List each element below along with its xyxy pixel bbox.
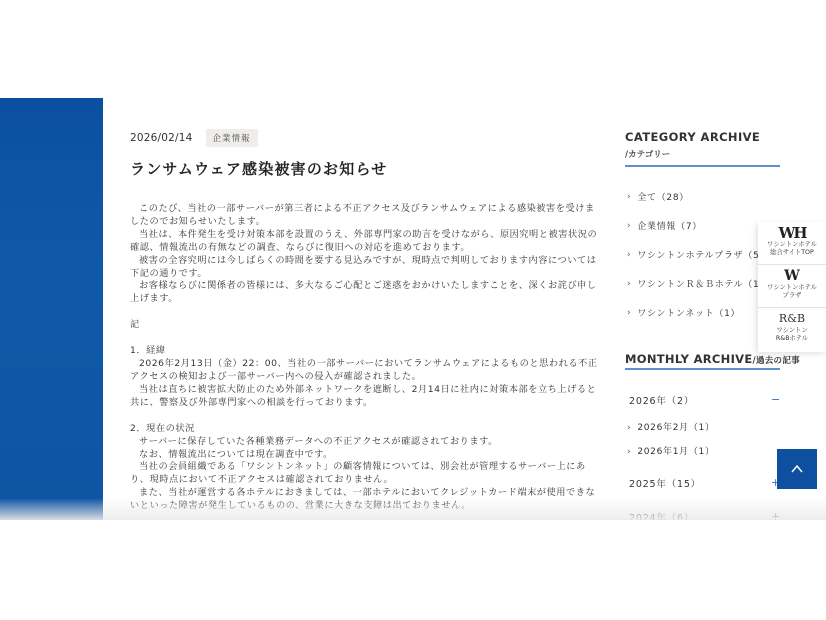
- article-body: このたび、当社の一部サーバーが第三者による不正アクセス及びランサムウェアによる感…: [130, 203, 600, 513]
- year-toggle-2025[interactable]: 2025年（15） +: [629, 476, 781, 490]
- chevron-right-icon: ›: [627, 221, 631, 231]
- monthly-title-text: MONTHLY ARCHIVE: [625, 352, 753, 366]
- chevron-right-icon: ›: [627, 447, 631, 457]
- month-label: 2026年2月（1）: [637, 423, 714, 433]
- month-item-2026-02[interactable]: ›2026年2月（1）: [625, 420, 715, 433]
- monthly-subtitle: /過去の記事: [753, 356, 800, 366]
- brand-links-panel: WH ワシントンホテル 総合サイトTOP W ワシントンホテル プラザ R&B …: [758, 222, 826, 352]
- article-meta: 2026/02/14 企業情報: [130, 129, 258, 147]
- section-heading: 2．現在の状況: [130, 423, 600, 436]
- back-to-top-button[interactable]: [777, 449, 817, 489]
- chevron-right-icon: ›: [627, 423, 631, 433]
- article-date: 2026/02/14: [130, 132, 193, 144]
- chevron-right-icon: ›: [627, 279, 631, 289]
- intro-paragraph: 被害の全容究明には今しばらくの時間を要する見込みですが、現時点で判明しております…: [130, 255, 600, 281]
- category-label: ワシントンＲ＆Ｂホテル（15）: [637, 277, 775, 290]
- category-label: 企業情報（7）: [637, 219, 702, 232]
- brand-label: R&Bホテル: [758, 335, 826, 343]
- brand-link-hotel-plaza[interactable]: W ワシントンホテル プラザ: [758, 265, 826, 308]
- category-item-all[interactable]: › 全て（28）: [625, 182, 781, 211]
- brand-label: 総合サイトTOP: [758, 249, 826, 257]
- chevron-right-icon: ›: [627, 250, 631, 260]
- year-toggle-2024[interactable]: 2024年（6） +: [629, 510, 781, 520]
- wh-logo-icon: WH: [758, 225, 826, 241]
- divider: [625, 368, 780, 370]
- brand-label: ワシントン: [758, 327, 826, 335]
- section-paragraph: また、当社が運営する各ホテルにおきましては、一部ホテルにおいてクレジットカード端…: [130, 487, 600, 513]
- minus-icon: −: [771, 393, 781, 407]
- year-label: 2025年（15）: [629, 476, 701, 490]
- ki-marker: 記: [130, 319, 600, 332]
- decorative-blue-panel: [0, 98, 103, 520]
- intro-paragraph: このたび、当社の一部サーバーが第三者による不正アクセス及びランサムウェアによる感…: [130, 203, 600, 229]
- category-archive-title: CATEGORY ARCHIVE: [625, 130, 760, 144]
- chevron-right-icon: ›: [627, 192, 631, 202]
- intro-paragraph: 当社は、本件発生を受け対策本部を設置のうえ、外部専門家の助言を受けながら、原因究…: [130, 229, 600, 255]
- chevron-up-icon: [790, 462, 804, 476]
- section-paragraph: サーバーに保存していた各種業務データへの不正アクセスが確認されております。: [130, 436, 600, 449]
- article-title: ランサムウェア感染被害のお知らせ: [130, 158, 387, 179]
- intro-paragraph: お客様ならびに関係者の皆様には、多大なるご心配とご迷惑をおかけいたしますことを、…: [130, 280, 600, 306]
- page-viewport: 2026/02/14 企業情報 ランサムウェア感染被害のお知らせ このたび、当社…: [0, 98, 826, 520]
- brand-label: プラザ: [758, 292, 826, 300]
- brand-link-rb-hotel[interactable]: R&B ワシントン R&Bホテル: [758, 308, 826, 351]
- category-archive-subtitle: /カテゴリー: [625, 148, 670, 160]
- rb-logo-icon: R&B: [758, 311, 826, 327]
- brand-label: ワシントンホテル: [758, 241, 826, 249]
- year-label: 2026年（2）: [629, 393, 694, 407]
- category-tag[interactable]: 企業情報: [206, 129, 258, 147]
- section-paragraph: 2026年2月13日（金）22：00、当社の一部サーバーにおいてランサムウェアに…: [130, 358, 600, 384]
- year-label: 2024年（6）: [629, 510, 694, 520]
- month-item-2026-01[interactable]: ›2026年1月（1）: [625, 444, 715, 457]
- category-label: ワシントンホテルプラザ（5）: [637, 248, 769, 261]
- section-paragraph: 当社の会員組織である「ワシントンネット」の顧客情報については、別会社が管理するサ…: [130, 461, 600, 487]
- w-logo-icon: W: [758, 268, 826, 284]
- category-label: 全て（28）: [637, 190, 689, 203]
- section-paragraph: 当社は直ちに被害拡大防止のため外部ネットワークを遮断し、2月14日に社内に対策本…: [130, 384, 600, 410]
- monthly-archive-title: MONTHLY ARCHIVE/過去の記事: [625, 352, 800, 366]
- section-heading: 1．経緯: [130, 345, 600, 358]
- section-paragraph: なお、情報流出については現在調査中です。: [130, 449, 600, 462]
- brand-label: ワシントンホテル: [758, 284, 826, 292]
- divider: [625, 165, 780, 167]
- category-label: ワシントンネット（1）: [637, 306, 740, 319]
- year-toggle-2026[interactable]: 2026年（2） −: [629, 393, 781, 407]
- brand-link-washington-hotel-top[interactable]: WH ワシントンホテル 総合サイトTOP: [758, 222, 826, 265]
- month-label: 2026年1月（1）: [637, 447, 714, 457]
- plus-icon: +: [771, 510, 781, 520]
- chevron-right-icon: ›: [627, 308, 631, 318]
